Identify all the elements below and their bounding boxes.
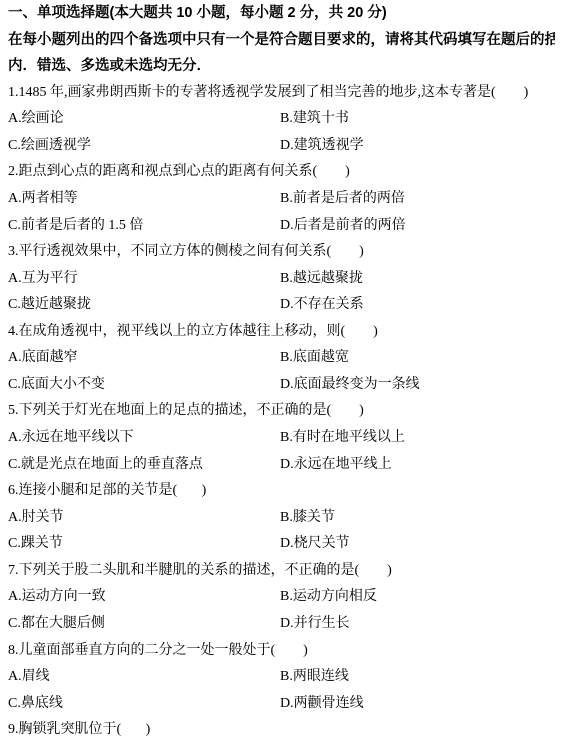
question-3-options-row-2: C.越近越聚拢 D.不存在关系 [8, 292, 555, 319]
instructions-line-1: 在每小题列出的四个备选项中只有一个是符合题目要求的，请将其代码填写在题后的括号 [8, 27, 555, 54]
question-2-stem: 2.距点到心点的距离和视点到心点的距离有何关系( ) [8, 159, 555, 186]
question-2-option-a: A.两者相等 [8, 186, 280, 213]
question-8-stem: 8.儿童面部垂直方向的二分之一处一般处于( ) [8, 638, 555, 665]
question-8-options-row-1: A.眉线 B.两眼连线 [8, 664, 555, 691]
question-1-stem: 1.1485 年,画家弗朗西斯卡的专著将透视学发展到了相当完善的地步,这本专著是… [8, 80, 555, 107]
question-7-options-row-1: A.运动方向一致 B.运动方向相反 [8, 584, 555, 611]
question-5-options-row-2: C.就是光点在地面上的垂直落点 D.永远在地平线上 [8, 452, 555, 479]
question-6-stem: 6.连接小腿和足部的关节是( ) [8, 478, 555, 505]
question-2-option-d: D.后者是前者的两倍 [280, 213, 555, 240]
question-1-options-row-1: A.绘画论 B.建筑十书 [8, 106, 555, 133]
question-5-option-d: D.永远在地平线上 [280, 452, 555, 479]
question-5-stem: 5.下列关于灯光在地面上的足点的描述，不正确的是( ) [8, 398, 555, 425]
question-6-option-c: C.踝关节 [8, 531, 280, 558]
exam-page: 一、单项选择题(本大题共 10 小题，每小题 2 分，共 20 分) 在每小题列… [0, 0, 563, 744]
question-3-options-row-1: A.互为平行 B.越远越聚拢 [8, 266, 555, 293]
question-2-options-row-2: C.前者是后者的 1.5 倍 D.后者是前者的两倍 [8, 213, 555, 240]
question-8-option-a: A.眉线 [8, 664, 280, 691]
question-5-option-c: C.就是光点在地面上的垂直落点 [8, 452, 280, 479]
question-7-option-a: A.运动方向一致 [8, 584, 280, 611]
question-7-option-b: B.运动方向相反 [280, 584, 555, 611]
question-1-option-d: D.建筑透视学 [280, 133, 555, 160]
question-5-options-row-1: A.永远在地平线以下 B.有时在地平线以上 [8, 425, 555, 452]
question-6-options-row-1: A.肘关节 B.膝关节 [8, 505, 555, 532]
question-4-stem: 4.在成角透视中，视平线以上的立方体越往上移动，则( ) [8, 319, 555, 346]
question-1-option-c: C.绘画透视学 [8, 133, 280, 160]
question-9-stem: 9.胸锁乳突肌位于( ) [8, 717, 555, 744]
question-6-option-a: A.肘关节 [8, 505, 280, 532]
question-3-option-b: B.越远越聚拢 [280, 266, 555, 293]
question-4-options-row-1: A.底面越窄 B.底面越宽 [8, 345, 555, 372]
question-3-stem: 3.平行透视效果中，不同立方体的侧棱之间有何关系( ) [8, 239, 555, 266]
question-3-option-a: A.互为平行 [8, 266, 280, 293]
question-5-option-a: A.永远在地平线以下 [8, 425, 280, 452]
question-6-option-d: D.桡尺关节 [280, 531, 555, 558]
question-8-option-c: C.鼻底线 [8, 691, 280, 718]
question-8-option-d: D.两颧骨连线 [280, 691, 555, 718]
question-4-option-d: D.底面最终变为一条线 [280, 372, 555, 399]
question-4-option-c: C.底面大小不变 [8, 372, 280, 399]
question-2-option-b: B.前者是后者的两倍 [280, 186, 555, 213]
question-7-option-c: C.都在大腿后侧 [8, 611, 280, 638]
question-8-options-row-2: C.鼻底线 D.两颧骨连线 [8, 691, 555, 718]
question-7-option-d: D.并行生长 [280, 611, 555, 638]
question-1-options-row-2: C.绘画透视学 D.建筑透视学 [8, 133, 555, 160]
question-1-option-a: A.绘画论 [8, 106, 280, 133]
question-8-option-b: B.两眼连线 [280, 664, 555, 691]
question-7-stem: 7.下列关于股二头肌和半腱肌的关系的描述，不正确的是( ) [8, 558, 555, 585]
question-6-option-b: B.膝关节 [280, 505, 555, 532]
question-2-options-row-1: A.两者相等 B.前者是后者的两倍 [8, 186, 555, 213]
question-1-option-b: B.建筑十书 [280, 106, 555, 133]
question-4-option-a: A.底面越窄 [8, 345, 280, 372]
question-4-option-b: B.底面越宽 [280, 345, 555, 372]
question-7-options-row-2: C.都在大腿后侧 D.并行生长 [8, 611, 555, 638]
question-4-options-row-2: C.底面大小不变 D.底面最终变为一条线 [8, 372, 555, 399]
question-5-option-b: B.有时在地平线以上 [280, 425, 555, 452]
question-2-option-c: C.前者是后者的 1.5 倍 [8, 213, 280, 240]
instructions-line-2: 内．错选、多选或未选均无分． [8, 53, 555, 80]
question-3-option-c: C.越近越聚拢 [8, 292, 280, 319]
question-6-options-row-2: C.踝关节 D.桡尺关节 [8, 531, 555, 558]
section-title: 一、单项选择题(本大题共 10 小题，每小题 2 分，共 20 分) [8, 0, 555, 27]
question-3-option-d: D.不存在关系 [280, 292, 555, 319]
